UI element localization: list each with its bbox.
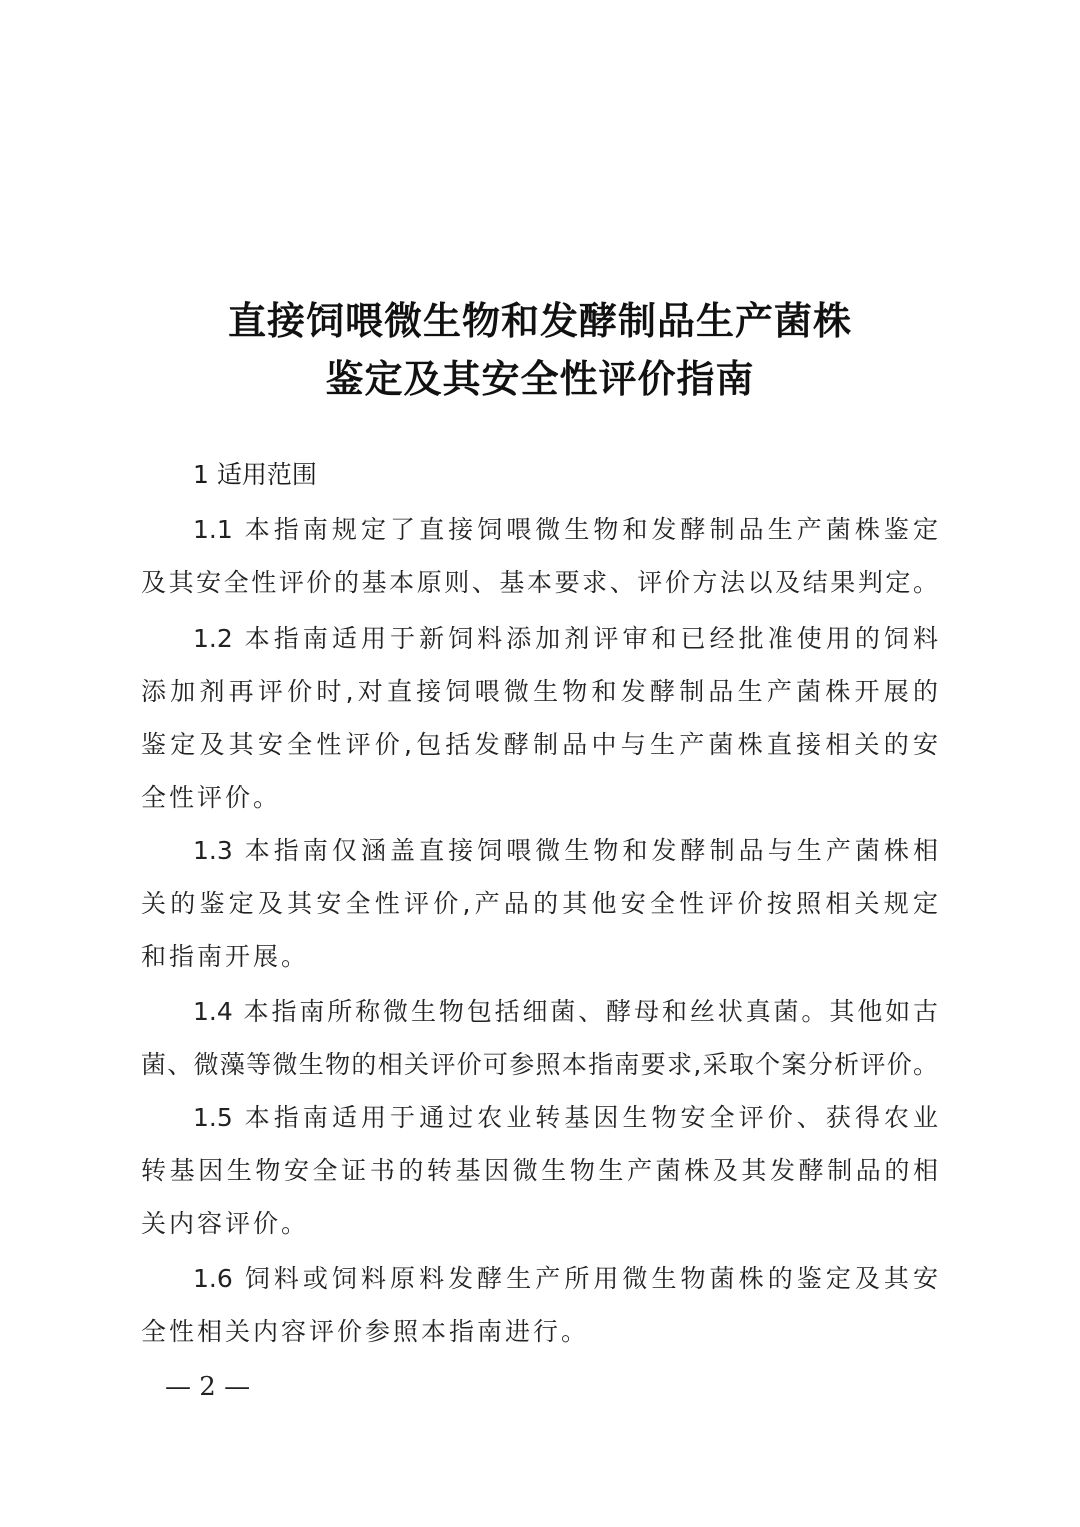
document-title-line-2: 鉴定及其安全性评价指南 <box>0 348 1080 403</box>
paragraph-1-4-line-1: 1.4 本指南所称微生物包括细菌、酵母和丝状真菌。其他如古 <box>193 992 938 1028</box>
paragraph-1-5-line-3: 关内容评价。 <box>141 1204 938 1240</box>
paragraph-1-2-line-3: 鉴定及其安全性评价,包括发酵制品中与生产菌株直接相关的安 <box>141 725 938 761</box>
paragraph-1-4-line-2: 菌、微藻等微生物的相关评价可参照本指南要求,采取个案分析评价。 <box>141 1045 938 1081</box>
paragraph-1-3-line-3: 和指南开展。 <box>141 937 938 973</box>
paragraph-1-6-line-1: 1.6 饲料或饲料原料发酵生产所用微生物菌株的鉴定及其安 <box>193 1259 938 1295</box>
paragraph-1-3-line-2: 关的鉴定及其安全性评价,产品的其他安全性评价按照相关规定 <box>141 884 938 920</box>
section-heading: 1 适用范围 <box>193 455 317 491</box>
paragraph-1-3-line-1: 1.3 本指南仅涵盖直接饲喂微生物和发酵制品与生产菌株相 <box>193 831 938 867</box>
paragraph-1-1-line-1: 1.1 本指南规定了直接饲喂微生物和发酵制品生产菌株鉴定 <box>193 510 938 546</box>
paragraph-1-2-line-4: 全性评价。 <box>141 778 938 814</box>
paragraph-1-2-line-1: 1.2 本指南适用于新饲料添加剂评审和已经批准使用的饲料 <box>193 619 938 655</box>
paragraph-1-5-line-2: 转基因生物安全证书的转基因微生物生产菌株及其发酵制品的相 <box>141 1151 938 1187</box>
paragraph-1-5-line-1: 1.5 本指南适用于通过农业转基因生物安全评价、获得农业 <box>193 1098 938 1134</box>
page-number: — 2 — <box>165 1372 250 1402</box>
paragraph-1-6-line-2: 全性相关内容评价参照本指南进行。 <box>141 1312 938 1348</box>
paragraph-1-1-line-2: 及其安全性评价的基本原则、基本要求、评价方法以及结果判定。 <box>141 563 938 599</box>
paragraph-1-2-line-2: 添加剂再评价时,对直接饲喂微生物和发酵制品生产菌株开展的 <box>141 672 938 708</box>
document-title-line-1: 直接饲喂微生物和发酵制品生产菌株 <box>0 290 1080 345</box>
